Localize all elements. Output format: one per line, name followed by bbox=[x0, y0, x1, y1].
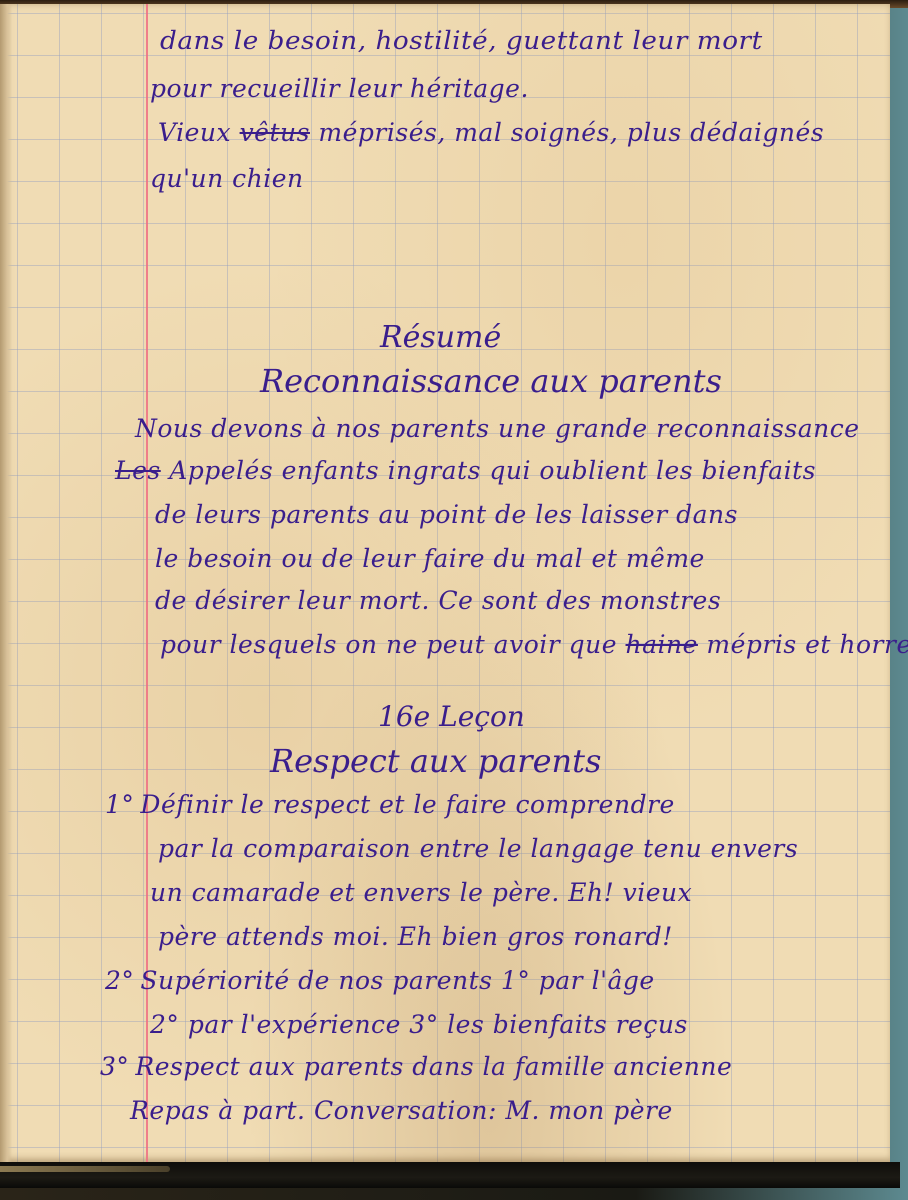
point-text: Respect aux parents dans la famille anci… bbox=[135, 1052, 732, 1081]
text-line-with-correction: Vieux vêtus méprisés, mal soignés, plus … bbox=[158, 118, 824, 147]
lesson-point: Repas à part. Conversation: M. mon père bbox=[130, 1096, 673, 1125]
point-text: Supériorité de nos parents 1° par l'âge bbox=[140, 966, 654, 995]
point-number: 3° bbox=[100, 1052, 129, 1081]
point-text: Définir le respect et le faire comprendr… bbox=[140, 790, 674, 819]
point-number: 2° bbox=[105, 966, 134, 995]
lesson-point: 2° par l'expérience 3° les bienfaits reç… bbox=[150, 1010, 688, 1039]
text-word: méprisés, mal soignés, plus dédaignés bbox=[318, 118, 824, 147]
lesson-title: Respect aux parents bbox=[270, 742, 601, 780]
point-text: père attends moi. Eh bien gros ronard! bbox=[158, 922, 673, 951]
struck-word: haine bbox=[626, 630, 698, 659]
text-line: le besoin ou de leur faire du mal et mêm… bbox=[155, 544, 705, 573]
section-subtitle: Reconnaissance aux parents bbox=[260, 362, 722, 400]
point-number: 1° bbox=[105, 790, 134, 819]
point-text: par la comparaison entre le langage tenu… bbox=[158, 834, 798, 863]
point-text: 2° par l'expérience 3° les bienfaits reç… bbox=[150, 1010, 688, 1039]
text-line: pour recueillir leur héritage. bbox=[150, 74, 529, 103]
text-line: dans le besoin, hostilité, guettant leur… bbox=[160, 26, 763, 55]
struck-word: Les bbox=[115, 456, 161, 485]
text-line-with-correction: pour lesquels on ne peut avoir que haine… bbox=[160, 630, 908, 659]
lesson-point: un camarade et envers le père. Eh! vieux bbox=[150, 878, 692, 907]
text-word: mépris et horreur bbox=[706, 630, 908, 659]
page-stack-edge bbox=[0, 4, 12, 1162]
lesson-number: 16e Leçon bbox=[378, 700, 525, 733]
text-word: Appelés enfants ingrats qui oublient les… bbox=[169, 456, 816, 485]
text-line: qu'un chien bbox=[150, 164, 304, 193]
lesson-point: 2°Supériorité de nos parents 1° par l'âg… bbox=[105, 966, 655, 995]
lesson-point: 3°Respect aux parents dans la famille an… bbox=[100, 1052, 732, 1081]
lesson-point: par la comparaison entre le langage tenu… bbox=[158, 834, 798, 863]
section-heading: Résumé bbox=[380, 320, 501, 355]
text-line: de leurs parents au point de les laisser… bbox=[155, 500, 738, 529]
text-line: de désirer leur mort. Ce sont des monstr… bbox=[155, 586, 721, 615]
text-line: Nous devons à nos parents une grande rec… bbox=[135, 414, 860, 443]
lesson-point: père attends moi. Eh bien gros ronard! bbox=[158, 922, 673, 951]
text-word: pour lesquels on ne peut avoir que bbox=[160, 630, 617, 659]
text-line-with-correction: Les Appelés enfants ingrats qui oublient… bbox=[115, 456, 816, 485]
text-word: Vieux bbox=[158, 118, 231, 147]
point-text: un camarade et envers le père. Eh! vieux bbox=[150, 878, 692, 907]
struck-word: vêtus bbox=[240, 118, 310, 147]
lesson-point: 1°Définir le respect et le faire compren… bbox=[105, 790, 675, 819]
cover-edge-gilt bbox=[0, 1166, 170, 1172]
point-text: Repas à part. Conversation: M. mon père bbox=[130, 1096, 673, 1125]
